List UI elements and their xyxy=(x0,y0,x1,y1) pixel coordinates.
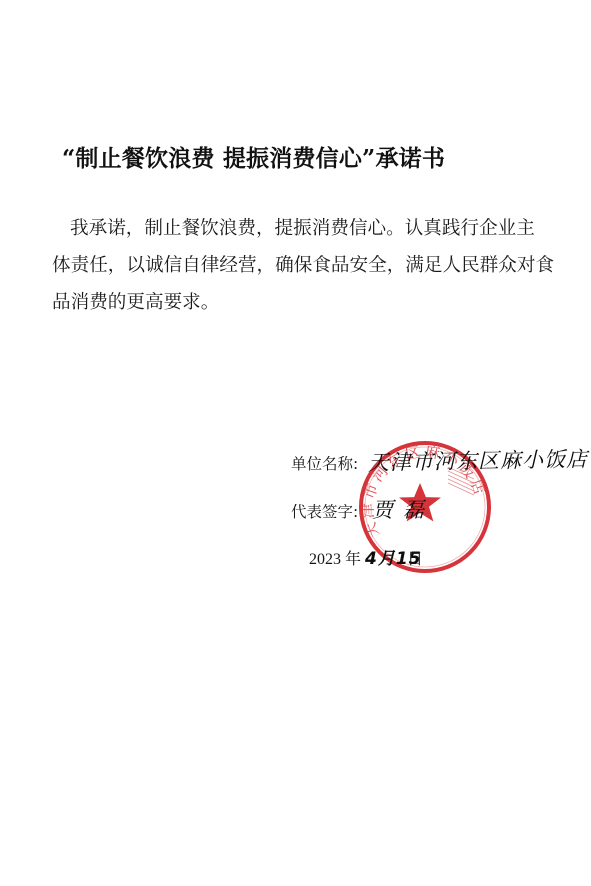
date-year: 2023 年 xyxy=(309,551,361,568)
document-page: “制止餐饮浪费 提振消费信心”承诺书 我承诺，制止餐饮浪费，提振消费信心。认真践… xyxy=(0,0,591,886)
document-title: “制止餐饮浪费 提振消费信心”承诺书 xyxy=(62,144,532,174)
representative-signature: 贾磊 xyxy=(372,494,434,524)
unit-name-label: 单位名称: xyxy=(291,452,358,474)
pledge-line-1: 我承诺，制止餐饮浪费，提振消费信心。认真践行企业主 xyxy=(52,210,554,247)
pledge-line-2: 体责任，以诚信自律经营，确保食品安全，满足人民群众对食 xyxy=(52,247,554,284)
signing-date: 2023 年日 xyxy=(309,546,423,569)
pledge-paragraph: 我承诺，制止餐饮浪费，提振消费信心。认真践行企业主 体责任，以诚信自律经营，确保… xyxy=(52,210,554,321)
representative-signature-label: 代表签字: xyxy=(291,500,358,522)
unit-name-handwritten: 天津市河东区麻小饭店 xyxy=(368,443,588,477)
date-day-suffix: 日 xyxy=(407,551,423,568)
pledge-line-3: 品消费的更高要求。 xyxy=(52,284,554,321)
